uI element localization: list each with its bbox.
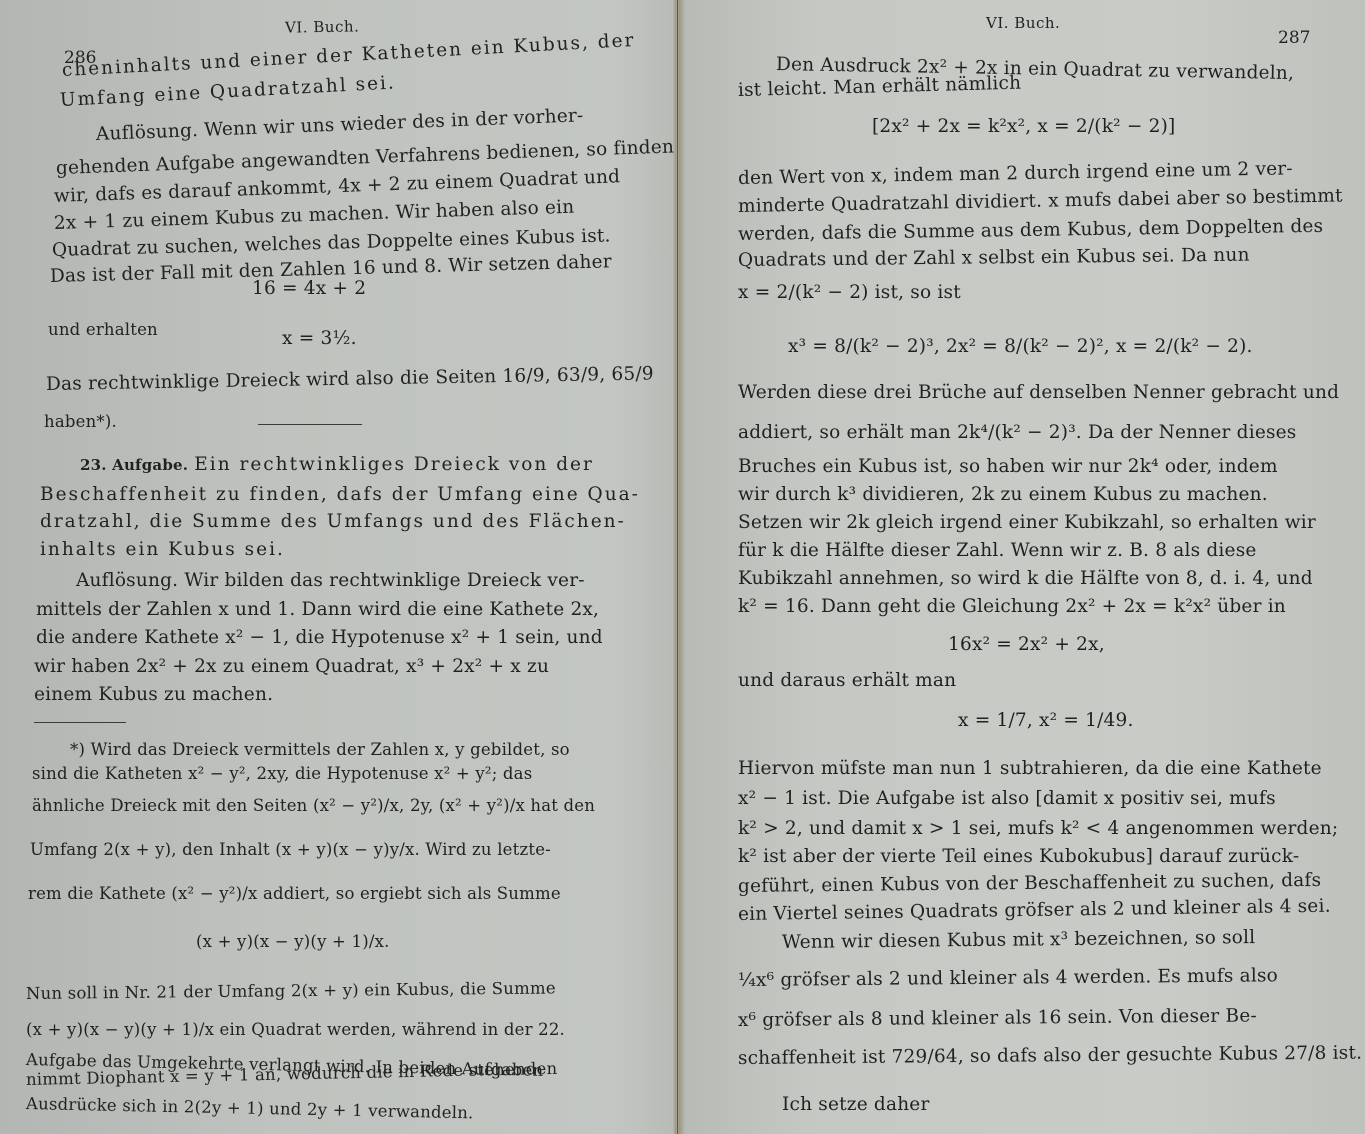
equation: x = 1/7, x² = 1/49. (958, 712, 1134, 731)
book-spread: VI. Buch. 286 cheninhalts und einer der … (0, 0, 1365, 1134)
text-line: Wenn wir diesen Kubus mit x³ bezeichnen,… (782, 929, 1256, 952)
footnote-line: Umfang 2(x + y), den Inhalt (x + y)(x − … (30, 842, 551, 859)
equation: [2x² + 2x = k²x², x = 2/(k² − 2)] (872, 118, 1175, 137)
text-line: ein Viertel seines Quadrats gröfser als … (738, 898, 1331, 925)
footnote-line: Nun soll in Nr. 21 der Umfang 2(x + y) e… (26, 980, 556, 1002)
book-spine (676, 0, 679, 1134)
text-line: x² − 1 ist. Die Aufgabe ist also [damit … (738, 790, 1276, 809)
text-line: Setzen wir 2k gleich irgend einer Kubikz… (738, 514, 1316, 533)
text-line: k² = 16. Dann geht die Gleichung 2x² + 2… (738, 598, 1286, 617)
running-head: VI. Buch. (285, 17, 360, 36)
right-page: VI. Buch. 287 Den Ausdruck 2x² + 2x in e… (680, 0, 1365, 1134)
text-line: Auflösung. Wenn wir uns wieder des in de… (96, 107, 584, 144)
text-line: Werden diese drei Brüche auf denselben N… (738, 384, 1339, 403)
text-line: geführt, einen Kubus von der Beschaffenh… (738, 872, 1321, 897)
text-line: und erhalten (48, 322, 158, 339)
text-line: einem Kubus zu machen. (34, 686, 273, 705)
text-line: Ich setze daher (782, 1096, 930, 1115)
equation: x³ = 8/(k² − 2)³, 2x² = 8/(k² − 2)², x =… (788, 338, 1253, 357)
text-line: ¼x⁶ gröfser als 2 und kleiner als 4 werd… (738, 967, 1278, 990)
footnote-line: ähnliche Dreieck mit den Seiten (x² − y²… (32, 798, 595, 815)
solution-heading: Auflösung. Wir bilden das rechtwinklige … (76, 572, 585, 591)
equation: 16x² = 2x² + 2x, (948, 636, 1105, 655)
text-line: und daraus erhält man (738, 672, 956, 691)
text-line: x⁶ gröfser als 8 und kleiner als 16 sein… (738, 1007, 1257, 1030)
footnote-rule (34, 722, 126, 723)
text-line: werden, dafs die Summe aus dem Kubus, de… (738, 218, 1324, 245)
text-line: haben*). (44, 414, 117, 431)
text-line: Kubikzahl annehmen, so wird k die Hälfte… (738, 570, 1313, 589)
text-line: x = 2/(k² − 2) ist, so ist (738, 284, 961, 303)
equation: x = 3½. (282, 330, 357, 349)
text-line: minderte Quadratzahl dividiert. x mufs d… (738, 187, 1343, 216)
footnote-line: sind die Katheten x² − y², 2xy, die Hypo… (32, 766, 532, 783)
text-line: Quadrats und der Zahl x selbst ein Kubus… (738, 247, 1250, 271)
text-line: k² > 2, und damit x > 1 sei, mufs k² < 4… (738, 820, 1338, 839)
text-line: Beschaffenheit zu finden, dafs der Umfan… (40, 486, 640, 505)
equation: 16 = 4x + 2 (252, 280, 366, 299)
text-line: den Wert von x, indem man 2 durch irgend… (738, 160, 1293, 188)
left-page: VI. Buch. 286 cheninhalts und einer der … (0, 0, 676, 1134)
text-line: die andere Kathete x² − 1, die Hypotenus… (36, 629, 603, 648)
footnote-line: Ausdrücke sich in 2(2y + 1) und 2y + 1 v… (26, 1096, 474, 1122)
footnote-equation: (x + y)(x − y)(y + 1)/x. (196, 934, 390, 951)
text-line: Das rechtwinklige Dreieck wird also die … (46, 365, 654, 394)
footnote-line: rem die Kathete (x² − y²)/x addiert, so … (28, 886, 561, 903)
running-head: VI. Buch. (986, 14, 1060, 32)
text-line: inhalts ein Kubus sei. (40, 541, 285, 560)
text-line: dratzahl, die Summe des Umfangs und des … (40, 513, 626, 532)
footnote-line: (x + y)(x − y)(y + 1)/x ein Quadrat werd… (26, 1022, 565, 1039)
text-line: Hiervon müfste man nun 1 subtrahieren, d… (738, 760, 1322, 779)
text-line: schaffenheit ist 729/64, so dafs also de… (738, 1045, 1362, 1069)
text-line: ist leicht. Man erhält nämlich (738, 75, 1022, 101)
text-line: mittels der Zahlen x und 1. Dann wird di… (36, 601, 599, 620)
divider (258, 424, 362, 425)
problem-heading: 23. Aufgabe. Ein rechtwinkliges Dreieck … (80, 456, 594, 475)
text-line: wir haben 2x² + 2x zu einem Quadrat, x³ … (34, 658, 549, 677)
solution-label: Auflösung. (76, 570, 178, 591)
text-line: für k die Hälfte dieser Zahl. Wenn wir z… (738, 542, 1257, 561)
text-line: k² ist aber der vierte Teil eines Kuboku… (738, 848, 1299, 867)
page-number: 287 (1278, 28, 1310, 48)
footnote-line: *) Wird das Dreieck vermittels der Zahle… (70, 742, 570, 759)
text-line: cheninhalts und einer der Katheten ein K… (62, 32, 636, 81)
text-line: addiert, so erhält man 2k⁴/(k² − 2)³. Da… (738, 424, 1297, 443)
problem-label: 23. Aufgabe. (80, 456, 188, 474)
text-line: Umfang eine Quadratzahl sei. (60, 74, 397, 110)
text-line: Bruches ein Kubus ist, so haben wir nur … (738, 458, 1278, 477)
text-line: wir durch k³ dividieren, 2k zu einem Kub… (738, 486, 1268, 505)
